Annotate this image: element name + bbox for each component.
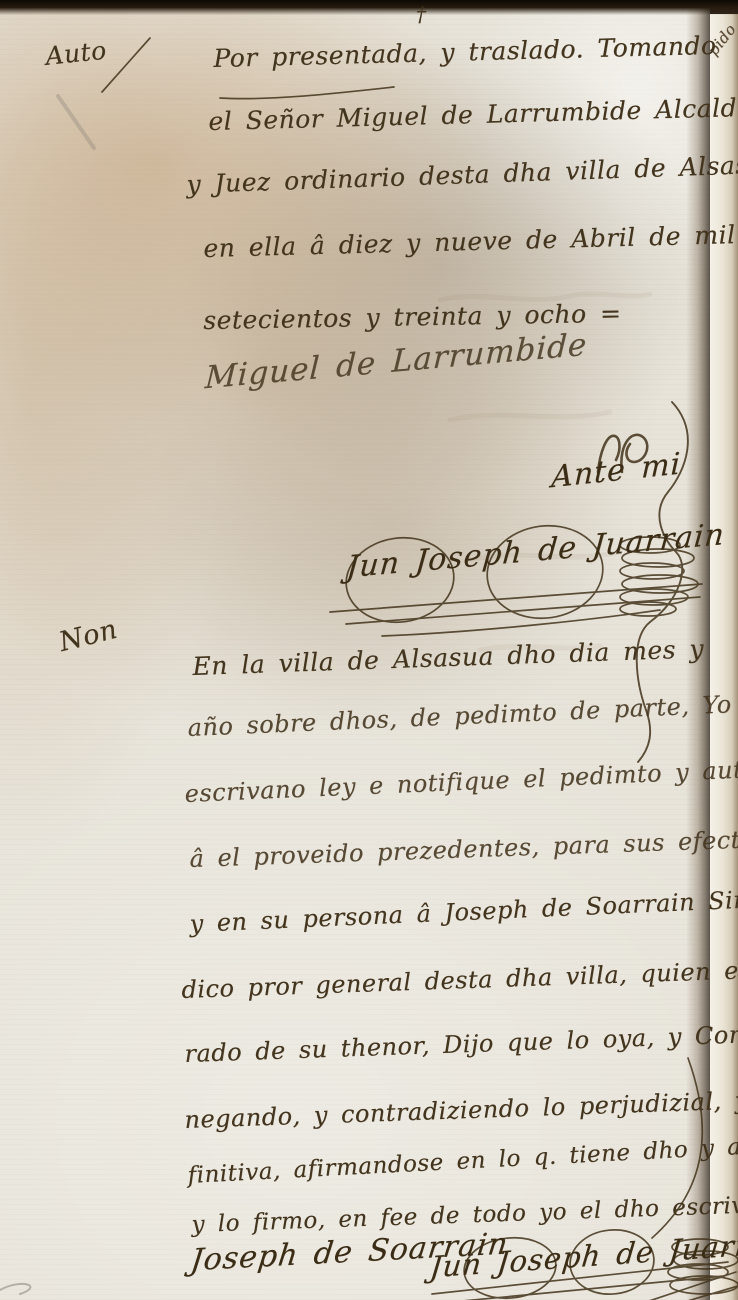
manuscript-scan: pido [0,0,738,1300]
top-cross-mark: † [416,2,427,26]
page-top-edge [0,0,738,15]
